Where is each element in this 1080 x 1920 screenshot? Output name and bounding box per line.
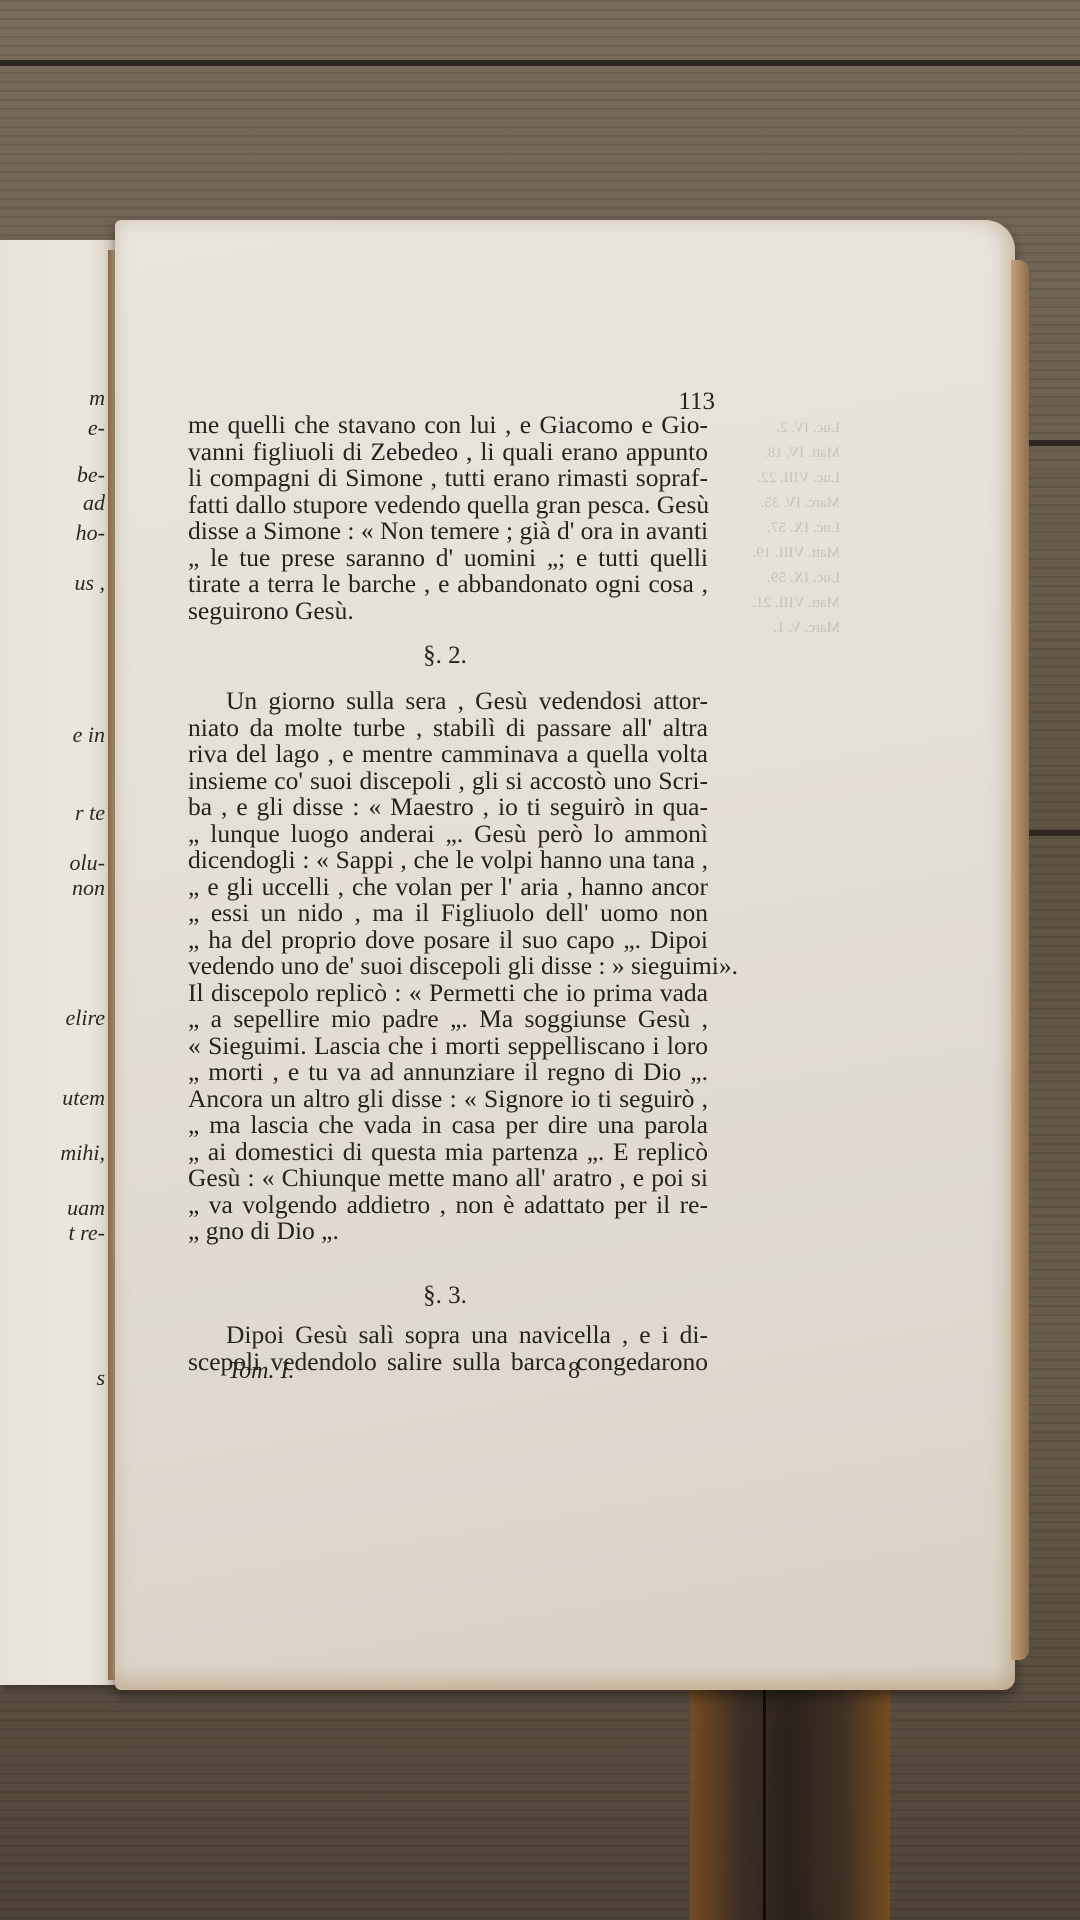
paragraph-1: me quelli che stavano con lui , e Giacom… [188, 412, 708, 624]
left-page-fragment: ho- [76, 520, 105, 546]
ghost-line: Marc. V. 1. [730, 616, 840, 641]
wood-crack [763, 1680, 766, 1920]
signature-mark: Tom. I. [228, 1358, 294, 1385]
text-line: „ essi un nido , ma il Figliuolo dell' u… [188, 900, 708, 927]
text-line: dicendogli : « Sappi , che le volpi hann… [188, 847, 708, 874]
text-line: „ lunque luogo anderai „. Gesù però lo a… [188, 821, 708, 848]
text-line: ba , e gli disse : « Maestro , io ti seg… [188, 794, 708, 821]
text-line: riva del lago , e mentre camminava a que… [188, 741, 708, 768]
ghost-line: Luc. IX. 57. [730, 516, 840, 541]
text-line: li compagni di Simone , tutti erano rima… [188, 465, 708, 492]
left-page-fragment: t re- [69, 1220, 105, 1246]
text-line: „ gno di Dio „. [188, 1218, 708, 1245]
left-page-fragment: mihi, [60, 1140, 105, 1166]
left-page-fragment: us , [74, 570, 105, 596]
text-line: „ le tue prese saranno d' uomini „; e tu… [188, 545, 708, 572]
text-line: « Sieguimi. Lascia che i morti seppellis… [188, 1033, 708, 1060]
text-line: Dipoi Gesù salì sopra una navicella , e … [188, 1322, 708, 1349]
text-line: niato da molte turbe , stabilì di passar… [188, 715, 708, 742]
text-line: Un giorno sulla sera , Gesù vedendosi at… [188, 688, 708, 715]
section-2-heading: §. 2. [115, 642, 775, 670]
wood-knot [690, 1680, 890, 1920]
margin-show-through-text: Luc. IV. 2.Matt. IV. 18.Luc. VIII. 22.Ma… [730, 416, 840, 641]
left-page-fragment: uam [67, 1195, 105, 1221]
text-line: „ ha del proprio dove posare il suo capo… [188, 927, 708, 954]
section-3-heading: §. 3. [115, 1282, 775, 1310]
ghost-line: Luc. VIII. 22. [730, 466, 840, 491]
text-line: vedendo uno de' suoi discepoli gli disse… [188, 953, 708, 980]
paragraph-2: Un giorno sulla sera , Gesù vedendosi at… [188, 688, 708, 1245]
ghost-line: Matt. IV. 18. [730, 441, 840, 466]
left-page-fragment: olu- [70, 850, 105, 876]
text-line: „ e gli uccelli , che volan per l' aria … [188, 874, 708, 901]
left-page-fragment: ad [83, 490, 105, 516]
text-line: me quelli che stavano con lui , e Giacom… [188, 412, 708, 439]
text-line: seguirono Gesù. [188, 598, 708, 625]
left-page-fragment: elire [66, 1005, 106, 1031]
text-line: tirate a terra le barche , e abbandonato… [188, 571, 708, 598]
ghost-line: Luc. IV. 2. [730, 416, 840, 441]
left-page-fragment: e in [73, 722, 105, 748]
left-page-fragment: r te [75, 800, 105, 826]
text-line: „ ai domestici di questa mia partenza „.… [188, 1139, 708, 1166]
left-page-fragment: be- [77, 462, 105, 488]
ghost-line: Marc. IV. 35. [730, 491, 840, 516]
text-line: Gesù : « Chiunque mette mano all' aratro… [188, 1165, 708, 1192]
text-line: „ morti , e tu va ad annunziare il regno… [188, 1059, 708, 1086]
ghost-line: Luc. IX. 59. [730, 566, 840, 591]
left-page-fragment: e- [88, 415, 105, 441]
left-page-fragment: s [96, 1365, 105, 1391]
text-line: fatti dallo stupore vedendo quella gran … [188, 492, 708, 519]
ghost-line: Matt. VIII. 19. [730, 541, 840, 566]
sheet-number: 8 [568, 1358, 580, 1385]
text-line: vanni figliuoli di Zebedeo , li quali er… [188, 439, 708, 466]
text-line: Il discepolo replicò : « Permetti che io… [188, 980, 708, 1007]
text-line: „ ma lascia che vada in casa per dire un… [188, 1112, 708, 1139]
left-page-fragment: utem [62, 1085, 105, 1111]
left-page-fragment: non [72, 875, 105, 901]
ghost-line: Matt. VIII. 21. [730, 591, 840, 616]
left-page-fragment: m [89, 385, 105, 411]
text-line: Ancora un altro gli disse : « Signore io… [188, 1086, 708, 1113]
right-page: Luc. IV. 2.Matt. IV. 18.Luc. VIII. 22.Ma… [115, 220, 1015, 1690]
text-line: disse a Simone : « Non temere ; già d' o… [188, 518, 708, 545]
left-page: me-be-adho-us ,e inr teolu-nonelireutemm… [0, 240, 125, 1685]
text-line: insieme co' suoi discepoli , gli si acco… [188, 768, 708, 795]
plank-gap [0, 60, 1080, 66]
text-line: „ a sepellire mio padre „. Ma soggiunse … [188, 1006, 708, 1033]
page-edge [1011, 260, 1029, 1660]
text-line: „ va volgendo addietro , non è adattato … [188, 1192, 708, 1219]
